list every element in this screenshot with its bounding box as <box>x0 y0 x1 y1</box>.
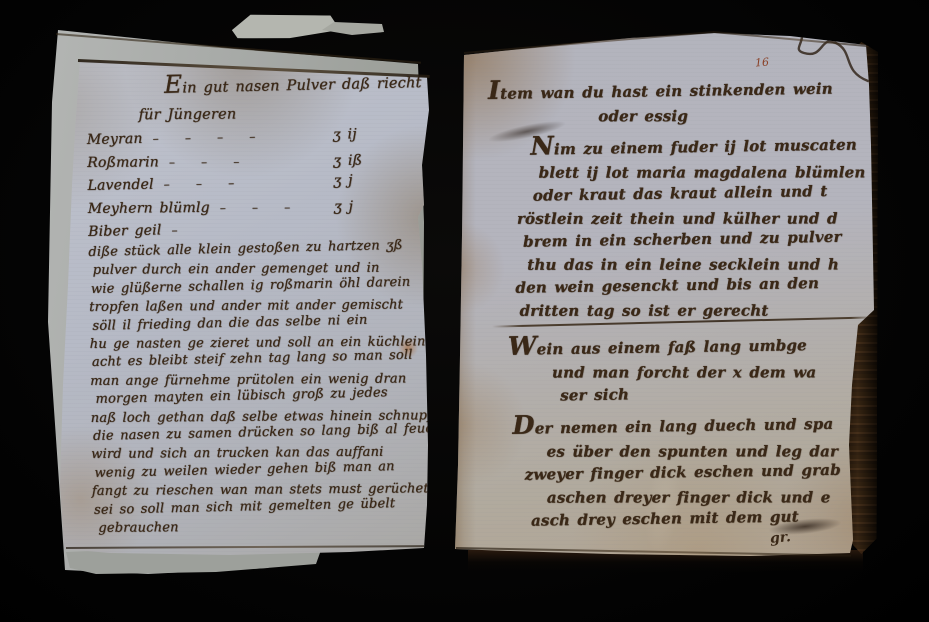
recipe-title-block: Ein gut nasen Pulver daß riecht für Jüng… <box>86 72 422 129</box>
ingredient-row: Meyran – – – – ʒ ij <box>87 123 379 152</box>
recipe-heading-line: ser sich <box>560 379 890 407</box>
body-line: gebrauchen <box>98 517 427 538</box>
recipe-line: brem in ein scherben und zu pulver <box>523 225 889 254</box>
ingredient-dashes: – – – – <box>142 124 333 151</box>
recipe-line: Der nemen ein lang duech und spa <box>512 412 890 441</box>
recipe-line: Nim zu einem fuder ij lot muscaten <box>530 133 888 162</box>
recipe-line: oder kraut das kraut allein und t <box>533 179 889 208</box>
right-page-text: Item wan du hast ein stinkenden wein ode… <box>488 80 891 533</box>
recipe-line: den wein gesenckt und bis an den <box>515 271 889 300</box>
recipe-line: zweyer finger dick eschen und grab <box>525 458 891 487</box>
recipe-body-block: Nim zu einem fuder ij lot muscaten blett… <box>488 136 889 323</box>
recipe-heading-line: oder essig <box>598 105 888 128</box>
folio-number: 16 <box>755 56 770 70</box>
ingredient-name: Roßmarin <box>87 151 159 175</box>
recipe2-heading-block: Wein aus einem faß lang umbge und man fo… <box>490 336 890 408</box>
ingredient-list: Meyran – – – – ʒ ij Roßmarin – – – ʒ iß … <box>87 125 381 244</box>
ingredient-qty <box>334 230 380 231</box>
right-page: 16 gr. Item wan du hast ein stinkenden w… <box>450 25 880 565</box>
recipe2-body-block: Der nemen ein lang duech und spa es über… <box>490 415 891 533</box>
ingredient-row: Lavendel – – – ʒ j <box>87 169 379 198</box>
ingredient-dashes: – – – <box>153 170 333 197</box>
recipe-body: diße stück alle klein gestoßen zu hartze… <box>88 239 427 538</box>
ingredient-name: Meyran <box>87 128 143 152</box>
recipe-line: asch drey eschen mit dem gut <box>531 504 891 533</box>
recipe-heading-block: Item wan du hast ein stinkenden wein ode… <box>488 80 888 129</box>
ingredient-qty: ʒ j <box>333 169 379 193</box>
manuscript-photo: Ein gut nasen Pulver daß riecht für Jüng… <box>0 0 929 622</box>
margin-note: gr. <box>769 529 791 547</box>
ingredient-qty: ʒ ij <box>333 123 379 147</box>
ingredient-name: Lavendel <box>87 174 154 198</box>
ingredient-name: Meyhern blümlg <box>88 197 210 221</box>
recipe-line: dritten tag so ist er gerecht <box>520 299 890 322</box>
ingredient-name: Biber geil <box>88 219 162 244</box>
recipe-heading-line: Item wan du hast ein stinkenden wein <box>488 77 888 106</box>
recipe-heading-line: Wein aus einem faß lang umbge <box>508 333 890 362</box>
left-page: Ein gut nasen Pulver daß riecht für Jüng… <box>50 55 435 560</box>
left-page-text: Ein gut nasen Pulver daß riecht für Jüng… <box>86 72 427 538</box>
